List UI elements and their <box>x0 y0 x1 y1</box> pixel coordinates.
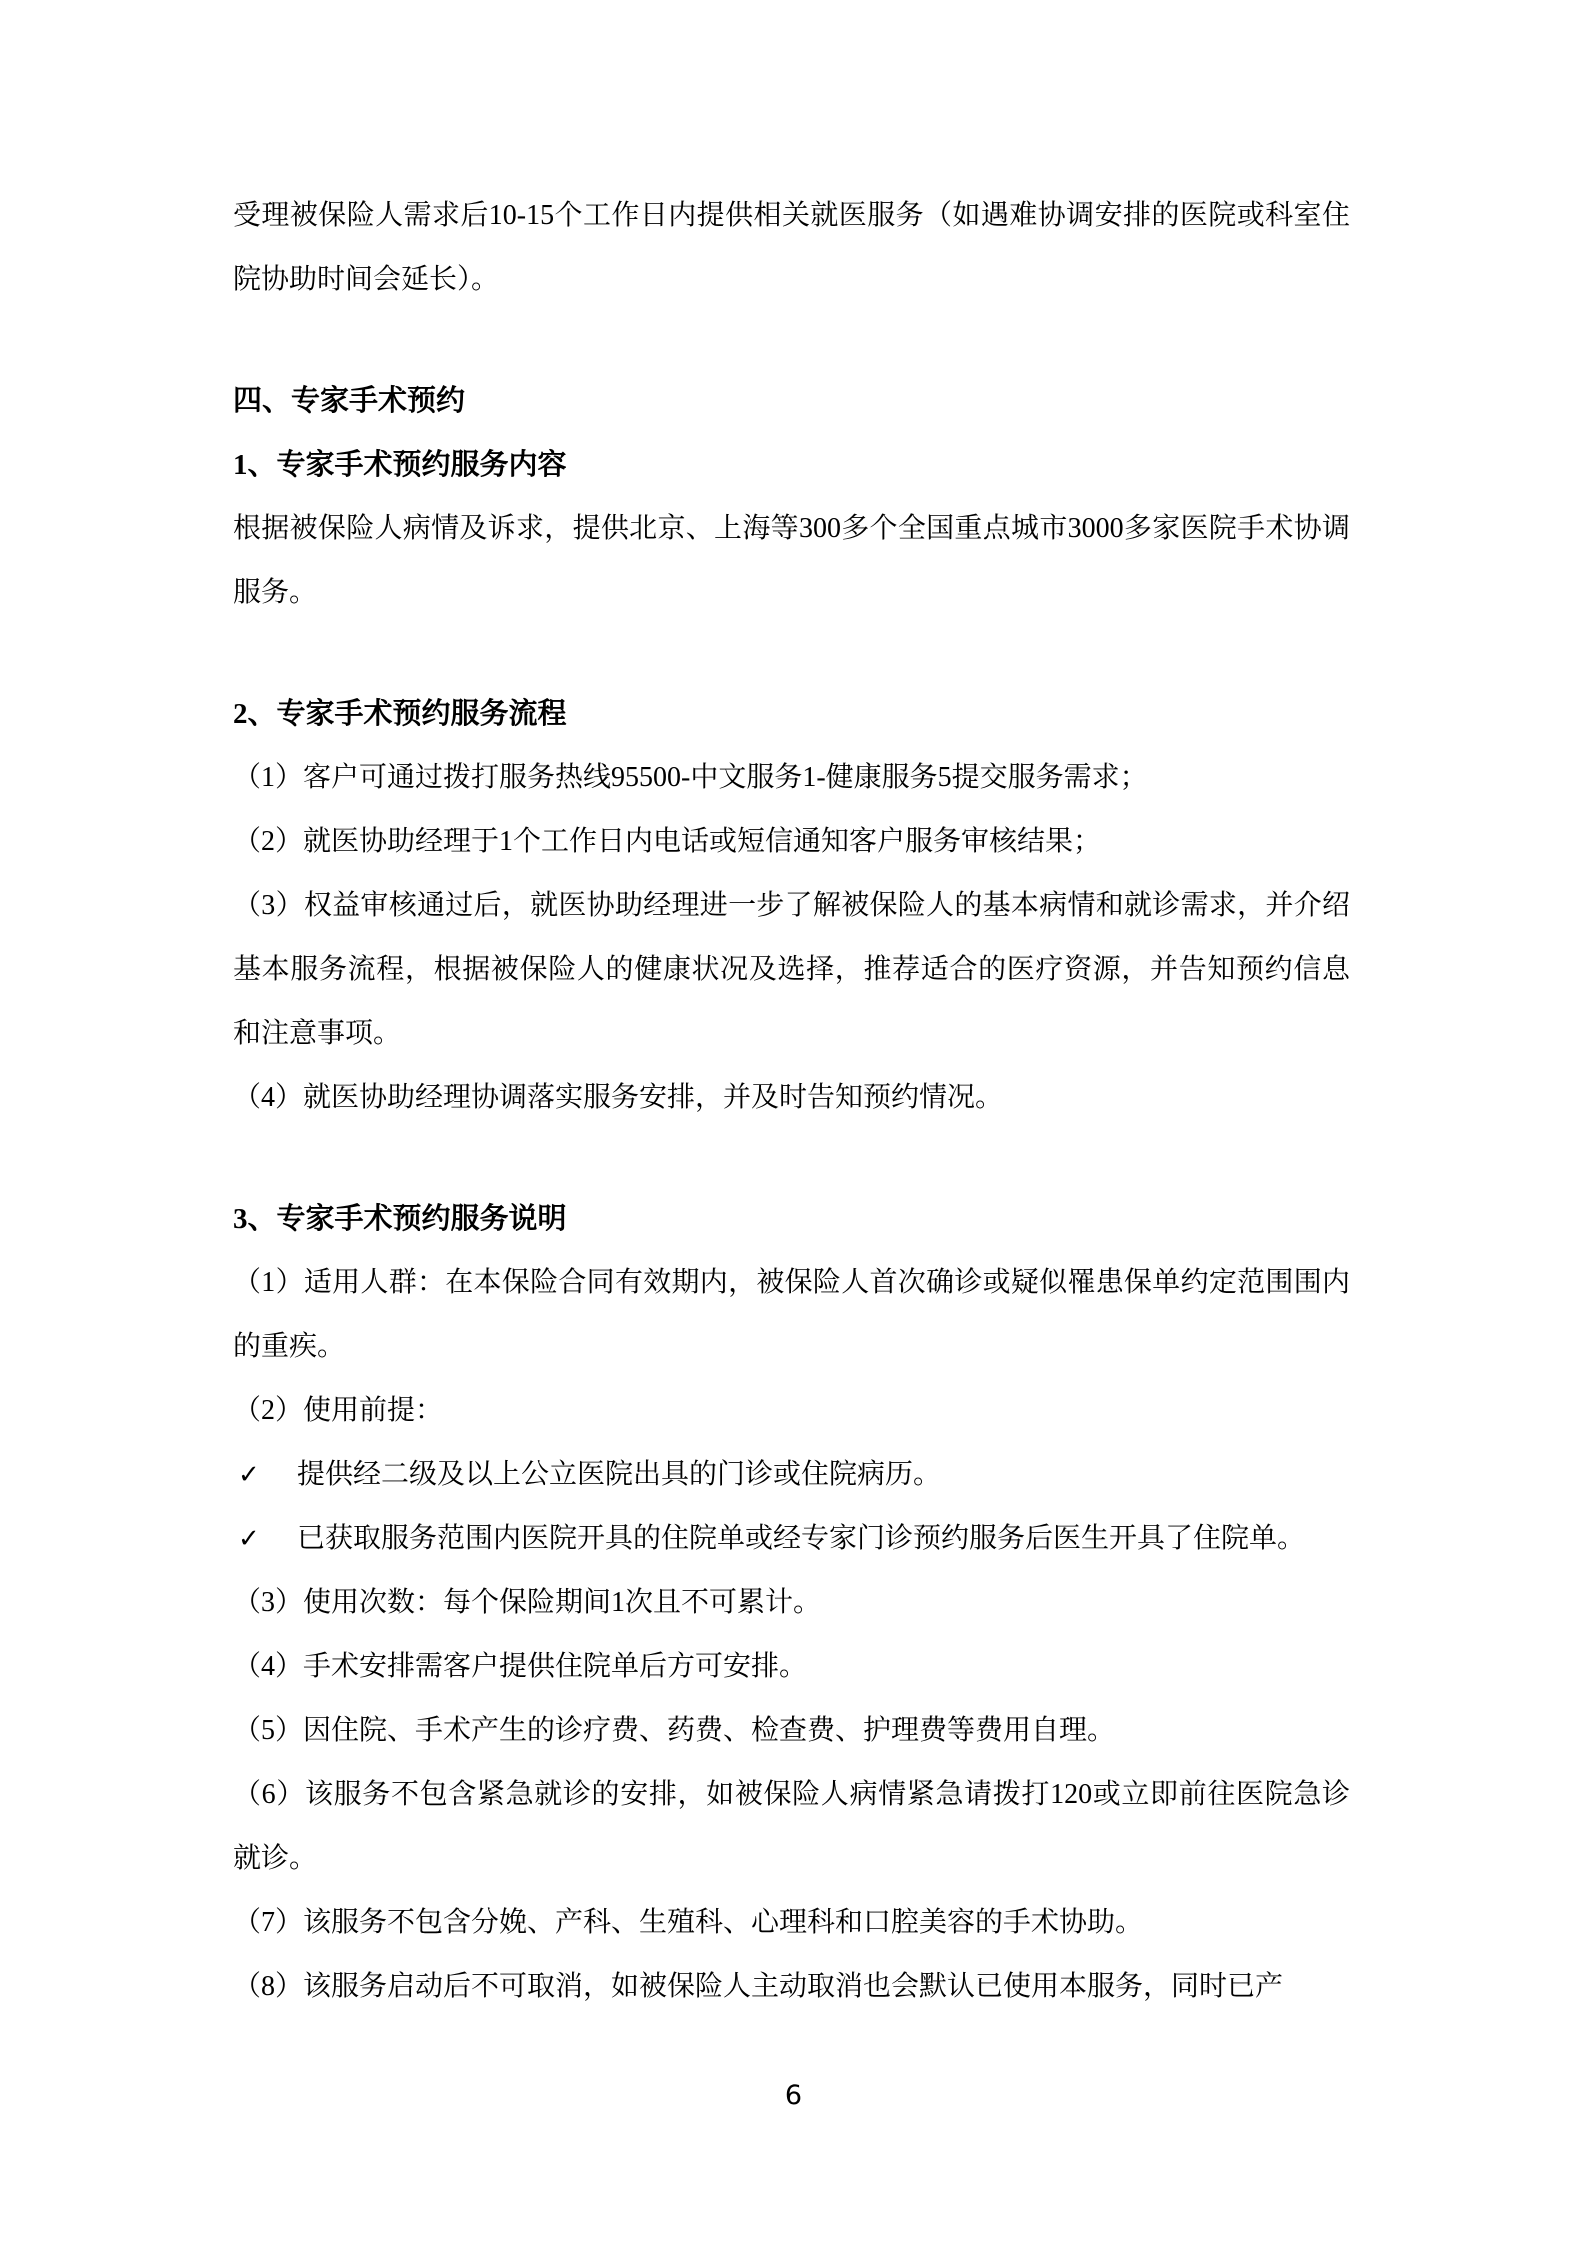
section-heading: 1、专家手术预约服务内容 <box>233 433 1350 497</box>
paragraph: （8）该服务启动后不可取消，如被保险人主动取消也会默认已使用本服务，同时已产 <box>233 1955 1350 2019</box>
paragraph: （2）就医协助经理于1个工作日内电话或短信通知客户服务审核结果； <box>233 810 1350 874</box>
paragraph: （6）该服务不包含紧急就诊的安排，如被保险人病情紧急请拨打120或立即前往医院急… <box>233 1763 1350 1891</box>
checkmark-icon: ✓ <box>238 1507 260 1571</box>
paragraph: （3）使用次数：每个保险期间1次且不可累计。 <box>233 1571 1350 1635</box>
paragraph: （7）该服务不包含分娩、产科、生殖科、心理科和口腔美容的手术协助。 <box>233 1891 1350 1955</box>
check-item-text: 提供经二级及以上公立医院出具的门诊或住院病历。 <box>297 1459 941 1490</box>
paragraph: （2）使用前提： <box>233 1379 1350 1443</box>
document-body: 受理被保险人需求后10-15个工作日内提供相关就医服务（如遇难协调安排的医院或科… <box>233 184 1350 2019</box>
check-item-text: 已获取服务范围内医院开具的住院单或经专家门诊预约服务后医生开具了住院单。 <box>297 1523 1305 1554</box>
document-page: 受理被保险人需求后10-15个工作日内提供相关就医服务（如遇难协调安排的医院或科… <box>0 0 1587 2245</box>
paragraph: （4）就医协助经理协调落实服务安排，并及时告知预约情况。 <box>233 1066 1350 1130</box>
paragraph: 受理被保险人需求后10-15个工作日内提供相关就医服务（如遇难协调安排的医院或科… <box>233 184 1350 312</box>
check-item: ✓提供经二级及以上公立医院出具的门诊或住院病历。 <box>233 1443 1350 1507</box>
paragraph: （5）因住院、手术产生的诊疗费、药费、检查费、护理费等费用自理。 <box>233 1699 1350 1763</box>
section-heading: 四、专家手术预约 <box>233 369 1350 433</box>
paragraph: （3）权益审核通过后，就医协助经理进一步了解被保险人的基本病情和就诊需求，并介绍… <box>233 874 1350 1066</box>
paragraph: （4）手术安排需客户提供住院单后方可安排。 <box>233 1635 1350 1699</box>
paragraph: 根据被保险人病情及诉求，提供北京、上海等300多个全国重点城市3000多家医院手… <box>233 497 1350 625</box>
paragraph: （1）适用人群：在本保险合同有效期内，被保险人首次确诊或疑似罹患保单约定范围围内… <box>233 1251 1350 1379</box>
paragraph: （1）客户可通过拨打服务热线95500-中文服务1-健康服务5提交服务需求； <box>233 746 1350 810</box>
checkmark-icon: ✓ <box>238 1443 260 1507</box>
check-item: ✓已获取服务范围内医院开具的住院单或经专家门诊预约服务后医生开具了住院单。 <box>233 1507 1350 1571</box>
section-heading: 3、专家手术预约服务说明 <box>233 1187 1350 1251</box>
page-number: 6 <box>0 2076 1587 2116</box>
section-heading: 2、专家手术预约服务流程 <box>233 682 1350 746</box>
